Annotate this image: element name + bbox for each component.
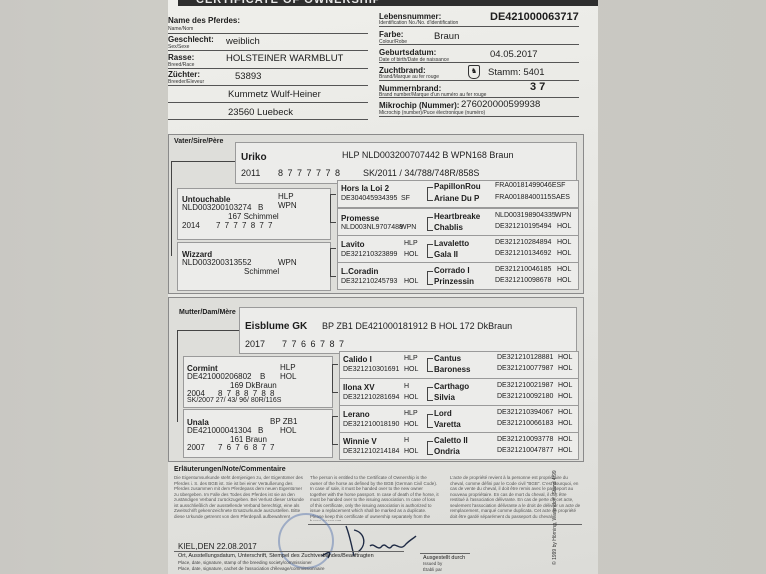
field-label-birthdate: Geburtsdatum: <box>379 49 436 57</box>
horse-id: NLD003NL9707488 <box>341 224 403 231</box>
dam-heading: Mutter/Dam/Mère <box>179 309 236 316</box>
horse-id: FRA00181499046ESF <box>495 182 565 189</box>
divider <box>379 80 579 81</box>
horse-name: Lord <box>434 409 452 418</box>
dam-name: Eisblume GK <box>245 321 307 332</box>
horse-id: DE321210047877 <box>497 447 553 454</box>
horse-id: DE304045934395 <box>341 195 397 202</box>
horse-breed: HOL <box>557 239 571 246</box>
horse-name: Carthago <box>434 382 469 391</box>
horse-badge: HLP <box>404 240 418 247</box>
horse-id: DE321210245793 <box>341 278 397 285</box>
horse-breed: HOL <box>404 394 418 401</box>
ancestor-card: Lavito HLP DE321210323899 HOL Lavaletto … <box>337 235 579 263</box>
side-print: © 1999 by Hörning, Warendorf, Stand 4/99 <box>552 470 558 565</box>
horse-id: DE321210214184 <box>343 448 399 455</box>
horse-id: DE321210092180 <box>497 393 553 400</box>
horse-sex: B <box>258 203 263 212</box>
field-value-microchip: 276020000599938 <box>461 99 540 110</box>
divider <box>379 62 579 63</box>
horse-name: Lavaletto <box>434 239 469 248</box>
horse-name: L.Coradin <box>341 267 378 276</box>
sire-name: Uriko <box>241 152 267 163</box>
horse-name: Lerano <box>343 410 370 419</box>
pedigree-line <box>427 441 433 455</box>
field-value-breeder-name: Kummetz Wulf-Heiner <box>228 89 321 100</box>
field-value-brand: Stamm: 5401 <box>488 67 545 78</box>
pedigree-line <box>427 187 433 201</box>
ancestor-card: L.Coradin DE321210245793 HOL Corrado I P… <box>337 262 579 290</box>
horse-id: DE321210394067 <box>497 409 553 416</box>
ancestor-card: Hors la Loi 2 DE304045934395 SF Papillon… <box>337 180 579 208</box>
notes-text-de: Die Eigentumsurkunde steht demjenigen zu… <box>174 475 304 521</box>
pedigree-line <box>171 161 172 256</box>
horse-id: DE321210077987 <box>497 365 553 372</box>
horse-name: Corrado I <box>434 266 470 275</box>
horse-id: NLD003200313552 <box>182 258 251 267</box>
horse-id: DE321210284894 <box>495 239 551 246</box>
horse-breed: HOL <box>404 421 418 428</box>
horse-id: NLD003200103274 <box>182 203 251 212</box>
divider <box>420 553 470 554</box>
divider <box>168 119 368 120</box>
pedigree-line <box>330 194 336 223</box>
horse-breed: HOL <box>557 223 571 230</box>
horse-id: NLD003198904335 <box>495 212 556 219</box>
horse-marks: 7 6 7 6 8 7 7 <box>218 443 275 452</box>
divider <box>168 102 368 103</box>
horse-colour: Schimmel <box>244 267 279 276</box>
brand-mark-icon: ♞ <box>468 65 480 79</box>
horse-sex: B <box>258 426 263 435</box>
divider <box>379 97 579 98</box>
horse-breed: HOL <box>558 447 572 454</box>
dam-year: 2017 <box>245 339 265 349</box>
horse-id: DE321210195494 <box>495 223 551 230</box>
grandsire-card: Untouchable HLP NLD003200103274 B WPN 16… <box>177 188 331 240</box>
horse-id: DE321210093778 <box>497 436 553 443</box>
field-label-sex: Geschlecht: <box>168 36 214 44</box>
horse-id: DE321210134692 <box>495 250 551 257</box>
field-value-breed: HOLSTEINER WARMBLUT <box>226 53 343 64</box>
field-label-breeder: Züchter: <box>168 71 200 79</box>
horse-id: DE321210128881 <box>497 354 553 361</box>
certificate-document: CERTIFICATE OF OWNERSHIP Name des Pferde… <box>168 0 598 574</box>
pedigree-line <box>427 217 433 231</box>
pedigree-line <box>427 414 433 428</box>
horse-name: Ilona XV <box>343 383 375 392</box>
horse-name: Calido I <box>343 355 372 364</box>
field-value-brand-number: 3 7 <box>530 81 545 93</box>
horse-marks: 7 7 7 7 8 7 7 <box>216 221 273 230</box>
pedigree-line <box>332 364 338 393</box>
sire-year: 2011 <box>241 168 260 178</box>
pedigree-line <box>427 271 433 285</box>
field-label-colour: Farbe: <box>379 31 403 39</box>
notes-heading: Erläuterungen/Note/Commentaire <box>174 466 286 473</box>
horse-name: Prinzessin <box>434 277 474 286</box>
horse-name: Winnie V <box>343 437 377 446</box>
horse-name: Caletto II <box>434 436 468 445</box>
horse-id: DE321210323899 <box>341 251 397 258</box>
horse-id: DE321210066183 <box>497 420 553 427</box>
horse-name: Ondria <box>434 447 460 456</box>
horse-badge: HLP <box>404 355 418 362</box>
horse-name: Varetta <box>434 420 461 429</box>
dam-details: BP ZB1 DE421000181912 B HOL 172 DkBraun <box>322 321 512 331</box>
horse-name: Lavito <box>341 240 365 249</box>
pedigree-line <box>427 244 433 258</box>
horse-id: FRA00188400115SAES <box>495 194 570 201</box>
horse-breed: HOL <box>280 426 296 435</box>
sire-heading: Vater/Sire/Père <box>174 138 223 145</box>
horse-breed: HOL <box>558 365 572 372</box>
footer-caption-fr: Place, date, signature, cachet de l'asso… <box>178 566 325 571</box>
horse-id: DE421000041304 <box>187 426 252 435</box>
pedigree-line <box>177 330 239 331</box>
granddam-card: Unala BP ZB1 DE421000041304 B HOL 161 Br… <box>183 409 333 458</box>
ancestor-card: Calido I HLP DE321210301691 HOL Cantus B… <box>339 351 579 379</box>
horse-badge: H <box>404 437 409 444</box>
horse-name: Ariane Du P <box>434 194 479 203</box>
divider <box>174 551 404 552</box>
pedigree-line <box>171 161 235 162</box>
field-sublabel-name: Name/Nom <box>168 26 193 32</box>
horse-breed: HOL <box>558 436 572 443</box>
pedigree-line <box>427 387 433 401</box>
horse-breed: HOL <box>557 277 571 284</box>
divider <box>379 116 579 117</box>
ancestor-card: Ilona XV H DE321210281694 HOL Carthago S… <box>339 378 579 406</box>
grandsire-card: Wizzard NLD003200313552 WPN Schimmel <box>177 242 331 291</box>
horse-id: DE421000206802 <box>187 372 252 381</box>
ancestor-card: Promesse NLD003NL9707488 WPN Heartbreake… <box>337 208 579 236</box>
horse-breed: HOL <box>404 448 418 455</box>
horse-breed: SF <box>401 195 410 202</box>
field-value-colour: Braun <box>434 31 459 42</box>
notes-text-en: The person is entitled to the Certificat… <box>310 475 440 521</box>
horse-id: DE321210021987 <box>497 382 553 389</box>
horse-breed: HOL <box>558 354 572 361</box>
sire-performance: SK/2011 / 34/788/748R/858S <box>363 168 479 178</box>
horse-badge: HLP <box>280 363 296 372</box>
horse-name: Promesse <box>341 214 379 223</box>
field-value-breeder-address: 23560 Luebeck <box>228 107 293 118</box>
horse-year: 2007 <box>187 443 205 452</box>
sire-marks: 8 7 7 7 7 7 8 <box>278 168 341 178</box>
horse-colour: 167 Schimmel <box>228 212 279 221</box>
horse-name: Silvia <box>434 393 455 402</box>
divider <box>168 33 368 34</box>
divider <box>379 44 579 45</box>
field-value-sex: weiblich <box>226 36 260 47</box>
horse-breed: HOL <box>558 420 572 427</box>
field-value-id: DE421000063717 <box>490 11 579 23</box>
horse-name: Heartbreake <box>434 212 480 221</box>
divider <box>168 50 368 51</box>
horse-breed: HOL <box>558 382 572 389</box>
sire-section: Vater/Sire/Père Uriko HLP NLD00320070744… <box>168 134 584 294</box>
horse-id: DE321210098678 <box>495 277 551 284</box>
certificate-banner: CERTIFICATE OF OWNERSHIP <box>178 0 598 6</box>
sire-details: HLP NLD003200707442 B WPN168 Braun <box>342 150 513 160</box>
horse-sex: B <box>260 372 265 381</box>
footer-caption-en: Place, date, signature, stamp of the bre… <box>178 560 312 565</box>
horse-breed: WPN <box>555 212 571 219</box>
horse-id: DE321210281694 <box>343 394 399 401</box>
field-label-microchip: Mikrochip (Nummer): <box>379 102 459 110</box>
horse-breed: HOL <box>557 250 571 257</box>
horse-name: Baroness <box>434 365 470 374</box>
horse-breed: HOL <box>404 278 418 285</box>
horse-breed: HOL <box>558 393 572 400</box>
horse-id: DE321210046185 <box>495 266 551 273</box>
horse-badge: H <box>404 383 409 390</box>
pedigree-line <box>332 416 338 445</box>
issued-by-fr: Établi par <box>423 567 442 572</box>
horse-id: DE321210301691 <box>343 366 399 373</box>
divider <box>168 85 368 86</box>
pedigree-line <box>177 330 178 422</box>
pedigree-line <box>330 248 336 277</box>
horse-badge: BP ZB1 <box>270 417 297 426</box>
horse-breed: HOL <box>404 366 418 373</box>
horse-name: PapillonRou <box>434 182 481 191</box>
horse-breed: HOL <box>404 251 418 258</box>
field-value-birthdate: 04.05.2017 <box>490 49 538 60</box>
horse-badge: HLP <box>278 192 294 201</box>
issue-place-date: KIEL,DEN 22.08.2017 <box>178 542 257 551</box>
field-label-name: Name des Pferdes: <box>168 17 240 25</box>
horse-name: Gala II <box>434 250 458 259</box>
field-value-breeder-number: 53893 <box>235 71 261 82</box>
notes-text-fr: L'acte de propriété revient à la personn… <box>450 475 582 521</box>
horse-name: Chablis <box>434 223 463 232</box>
dam-card: Eisblume GK BP ZB1 DE421000181912 B HOL … <box>239 307 577 354</box>
dam-section: Mutter/Dam/Mère Eisblume GK BP ZB1 DE421… <box>168 297 584 462</box>
horse-name: Hors la Loi 2 <box>341 184 389 193</box>
issued-by-en: Issued by <box>423 561 442 566</box>
granddam-sire-card: Cormint HLP DE421000206802 B HOL 169 DkB… <box>183 356 333 408</box>
horse-breed: HOL <box>280 372 296 381</box>
pedigree-line <box>427 358 433 372</box>
horse-badge: HLP <box>404 410 418 417</box>
horse-year: 2014 <box>182 221 200 230</box>
horse-breed: WPN <box>278 201 297 210</box>
footer-caption-de: Ort, Ausstellungsdatum, Unterschrift, St… <box>178 553 374 559</box>
horse-breed: HOL <box>557 266 571 273</box>
field-label-breed: Rasse: <box>168 54 194 62</box>
ancestor-card: Winnie V H DE321210214184 HOL Caletto II… <box>339 432 579 460</box>
horse-performance: SK/2007 27/ 43/ 96/ 80R/116S <box>187 397 281 404</box>
divider <box>168 68 368 69</box>
divider <box>379 26 579 27</box>
dam-marks: 7 7 6 6 7 8 7 <box>282 339 345 349</box>
horse-breed: HOL <box>558 409 572 416</box>
sire-card: Uriko HLP NLD003200707442 B WPN168 Braun… <box>235 142 577 184</box>
horse-id: DE321210018190 <box>343 421 399 428</box>
horse-name: Cantus <box>434 354 461 363</box>
ancestor-card: Lerano HLP DE321210018190 HOL Lord Varet… <box>339 405 579 433</box>
horse-breed: WPN <box>278 258 297 267</box>
horse-breed: WPN <box>400 224 416 231</box>
